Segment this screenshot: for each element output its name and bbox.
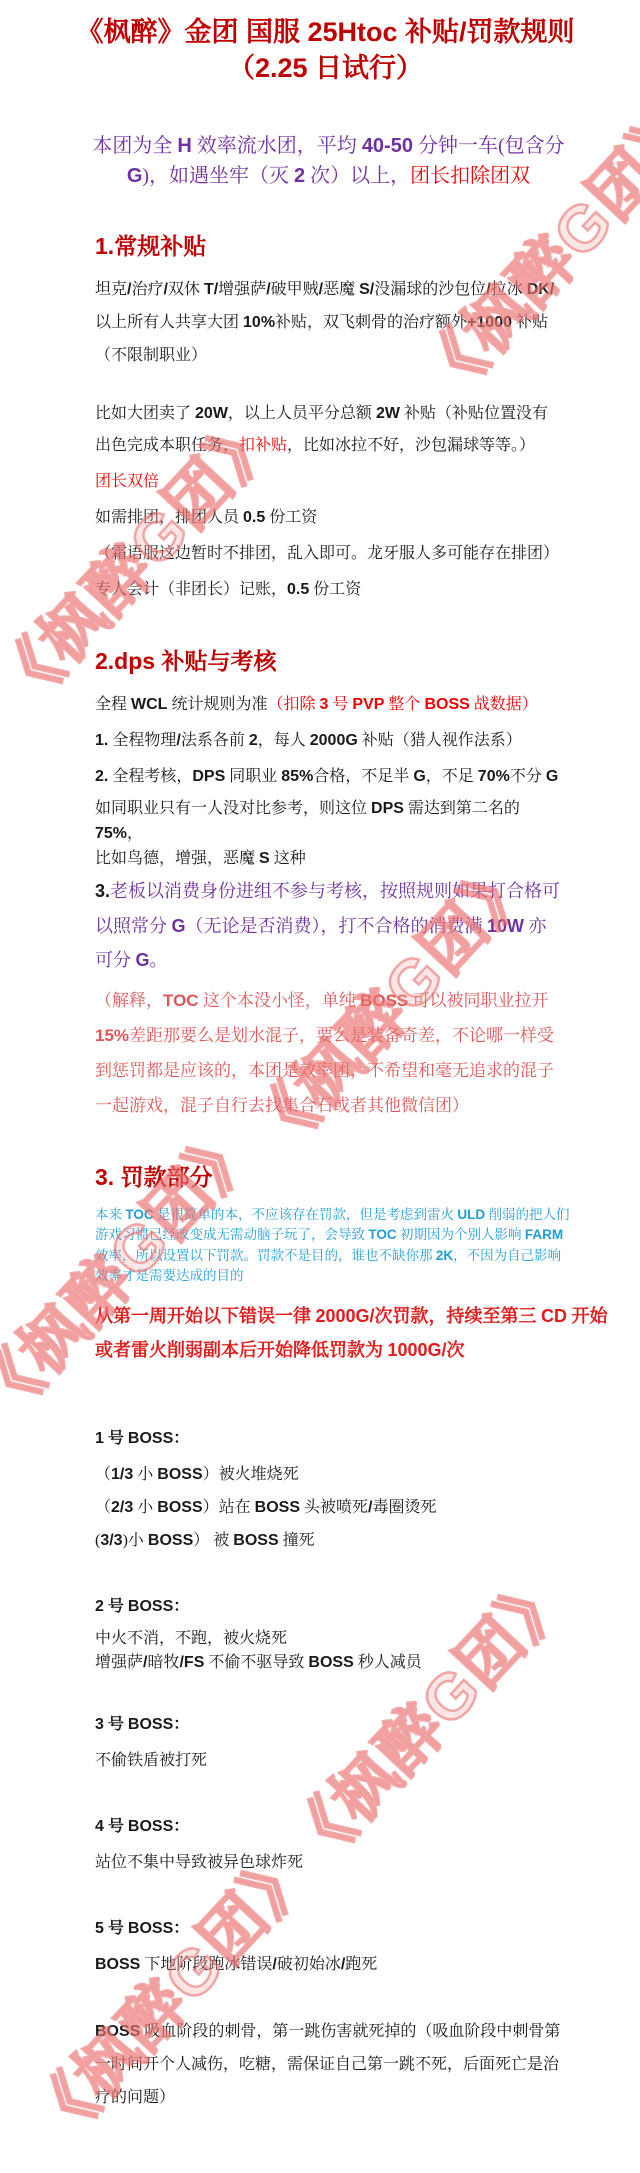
- boss-penalty-item: 站位不集中导致被异色球炸死: [95, 1847, 562, 1880]
- text-segment: 2.dps 补贴与考核: [95, 648, 276, 674]
- boss-heading: 4 号 BOSS：: [95, 1811, 562, 1844]
- text-segment: 扣补贴: [239, 437, 287, 454]
- text-segment: 不偷铁盾被打死: [95, 1752, 207, 1769]
- boss-heading: 3 号 BOSS：: [95, 1709, 562, 1742]
- intro-paragraph: 本团为全 H 效率流水团，平均 40-50 分钟一车(包含分 G)，如遇坐牢（灭…: [81, 131, 576, 192]
- paragraph: 比如大团卖了 20W，以上人员平分总额 2W 补贴（补贴位置没有出色完成本职任务…: [95, 398, 562, 464]
- text-segment: 老板以消费身份进组不参与考核，按照规则如果打合格可以照常分 G（无论是否消费），…: [95, 881, 560, 969]
- text-segment: 全程 WCL 统计规则为准: [95, 696, 267, 713]
- text-segment: 坦克/治疗/双休 T/增强萨/破甲贼/恶魔 S/没漏球的沙包位/拉冰 DK/以上…: [95, 281, 554, 364]
- paragraph: 2. 全程考核，DPS 同职业 85%合格，不足半 G，不足 70%不分 G: [95, 761, 562, 794]
- paragraph: 专人会计（非团长）记账，0.5 份工资: [95, 574, 562, 607]
- boss-consumer-rule-paragraph: 3.老板以消费身份进组不参与考核，按照规则如果打合格可以照常分 G（无论是否消费…: [95, 874, 562, 977]
- text-segment: 如需排团，排团人员 0.5 份工资: [95, 509, 317, 526]
- text-segment: 中火不消，不跑，被火烧死增强萨/暗牧/FS 不偷不驱导致 BOSS 秒人减员: [95, 1630, 422, 1672]
- text-segment: 1. 全程物理/法系各前 2，每人 2000G 补贴（猎人视作法系）: [95, 732, 522, 749]
- text-segment: BOSS 吸血阶段的刺骨，第一跳伤害就死掉的（吸血阶段中刺骨第一时间开个人减伤，…: [95, 2023, 560, 2106]
- blank-line: [95, 1368, 562, 1390]
- boss-penalty-item: (3/3)小 BOSS） 被 BOSS 撞死: [95, 1525, 562, 1558]
- boss-heading: 1 号 BOSS：: [95, 1423, 562, 1456]
- paragraph: 坦克/治疗/双休 T/增强萨/破甲贼/恶魔 S/没漏球的沙包位/拉冰 DK/以上…: [95, 274, 562, 373]
- text-segment: 4 号 BOSS：: [95, 1818, 189, 1835]
- paragraph: （霜语服这边暂时不排团，乱入即可。龙牙服人多可能存在排团）: [95, 538, 562, 571]
- section-heading: 3. 罚款部分: [95, 1159, 562, 1192]
- text-segment: 5 号 BOSS：: [95, 1920, 189, 1937]
- boss-penalty-item: BOSS 下地阶段跑冰错误/破初始冰/跑死: [95, 1949, 562, 1982]
- boss-penalty-item: BOSS 吸血阶段的刺骨，第一跳伤害就死掉的（吸血阶段中刺骨第一时间开个人减伤，…: [95, 2016, 562, 2115]
- boss-penalty-item: （2/3 小 BOSS）站在 BOSS 头被喷死/毒圈烫死: [95, 1492, 562, 1525]
- penalty-amount-notice: 从第一周开始以下错误一律 2000G/次罚款，持续至第三 CD 开始或者雷火削弱…: [95, 1300, 624, 1368]
- text-segment: （霜语服这边暂时不排团，乱入即可。龙牙服人多可能存在排团）: [95, 545, 559, 562]
- text-segment: 2. 全程考核，DPS 同职业 85%合格，不足半 G，不足 70%不分 G: [95, 768, 558, 785]
- boss-heading: 2 号 BOSS：: [95, 1591, 562, 1624]
- section-heading: 2.dps 补贴与考核: [95, 643, 562, 676]
- paragraph: 中火不消，不跑，被火烧死增强萨/暗牧/FS 不偷不驱导致 BOSS 秒人减员: [95, 1627, 562, 1677]
- paragraph: 全程 WCL 统计规则为准（扣除 3 号 PVP 整个 BOSS 战数据）: [95, 689, 562, 722]
- text-segment: 2 号 BOSS：: [95, 1598, 189, 1615]
- document-page: 《枫醉》金团 国服 25Htoc 补贴/罚款规则（2.25 日试行） 本团为全 …: [0, 0, 640, 2173]
- text-segment: 3 号 BOSS：: [95, 1716, 189, 1733]
- text-segment: 团长双倍: [95, 473, 159, 490]
- text-segment: 3.: [95, 881, 110, 901]
- text-segment: 如同职业只有一人没对比参考，则这位 DPS 需达到第二名的 75%，比如鸟德，增…: [95, 800, 520, 867]
- text-segment: （1/3 小 BOSS）被火堆烧死: [95, 1466, 299, 1483]
- paragraph: 如需排团，排团人员 0.5 份工资: [95, 502, 562, 535]
- text-segment: BOSS 下地阶段跑冰错误/破初始冰/跑死: [95, 1956, 377, 1973]
- text-segment: (3/3)小 BOSS） 被 BOSS 撞死: [95, 1532, 315, 1549]
- text-segment: 3. 罚款部分: [95, 1164, 213, 1190]
- text-segment: 团长扣除团双: [410, 165, 530, 187]
- text-segment: （2/3 小 BOSS）站在 BOSS 头被喷死/毒圈烫死: [95, 1499, 436, 1516]
- document-title: 《枫醉》金团 国服 25Htoc 补贴/罚款规则（2.25 日试行）: [61, 14, 590, 87]
- boss-penalty-item: （1/3 小 BOSS）被火堆烧死: [95, 1459, 562, 1492]
- explanation-paragraph: （解释，TOC 这个本没小怪，单纯 BOSS 可以被同职业拉开 15%差距那要么…: [95, 983, 562, 1123]
- blank-line: [95, 376, 562, 398]
- text-segment: 1.常规补贴: [95, 233, 206, 259]
- paragraph: 团长双倍: [95, 466, 562, 499]
- boss-penalty-item: 不偷铁盾被打死: [95, 1745, 562, 1778]
- text-segment: ，比如冰拉不好，沙包漏球等等。）: [287, 437, 535, 454]
- text-segment: （扣除 3 号 PVP 整个 BOSS 战数据）: [267, 696, 537, 713]
- document-content: 《枫醉》金团 国服 25Htoc 补贴/罚款规则（2.25 日试行） 本团为全 …: [0, 0, 640, 2115]
- text-segment: 从第一周开始以下错误一律 2000G/次罚款，持续至第三 CD 开始或者雷火削弱…: [95, 1306, 608, 1360]
- text-segment: 专人会计（非团长）记账，0.5 份工资: [95, 581, 361, 598]
- section-heading: 1.常规补贴: [95, 228, 562, 261]
- document-body: 本团为全 H 效率流水团，平均 40-50 分钟一车(包含分 G)，如遇坐牢（灭…: [95, 131, 562, 2115]
- text-segment: 1 号 BOSS：: [95, 1430, 189, 1447]
- boss-heading: 5 号 BOSS：: [95, 1913, 562, 1946]
- penalty-intro-paragraph: 本来 TOC 是很简单的本，不应该存在罚款，但是考虑到雷火 ULD 削弱的把人们…: [95, 1205, 574, 1286]
- text-segment: 站位不集中导致被异色球炸死: [95, 1854, 303, 1871]
- paragraph: 1. 全程物理/法系各前 2，每人 2000G 补贴（猎人视作法系）: [95, 725, 562, 758]
- text-segment: （解释，TOC 这个本没小怪，单纯 BOSS 可以被同职业拉开 15%差距那要么…: [95, 991, 554, 1115]
- paragraph: 如同职业只有一人没对比参考，则这位 DPS 需达到第二名的 75%，比如鸟德，增…: [95, 797, 562, 871]
- text-segment: 本来 TOC 是很简单的本，不应该存在罚款，但是考虑到雷火 ULD 削弱的把人们…: [95, 1207, 570, 1283]
